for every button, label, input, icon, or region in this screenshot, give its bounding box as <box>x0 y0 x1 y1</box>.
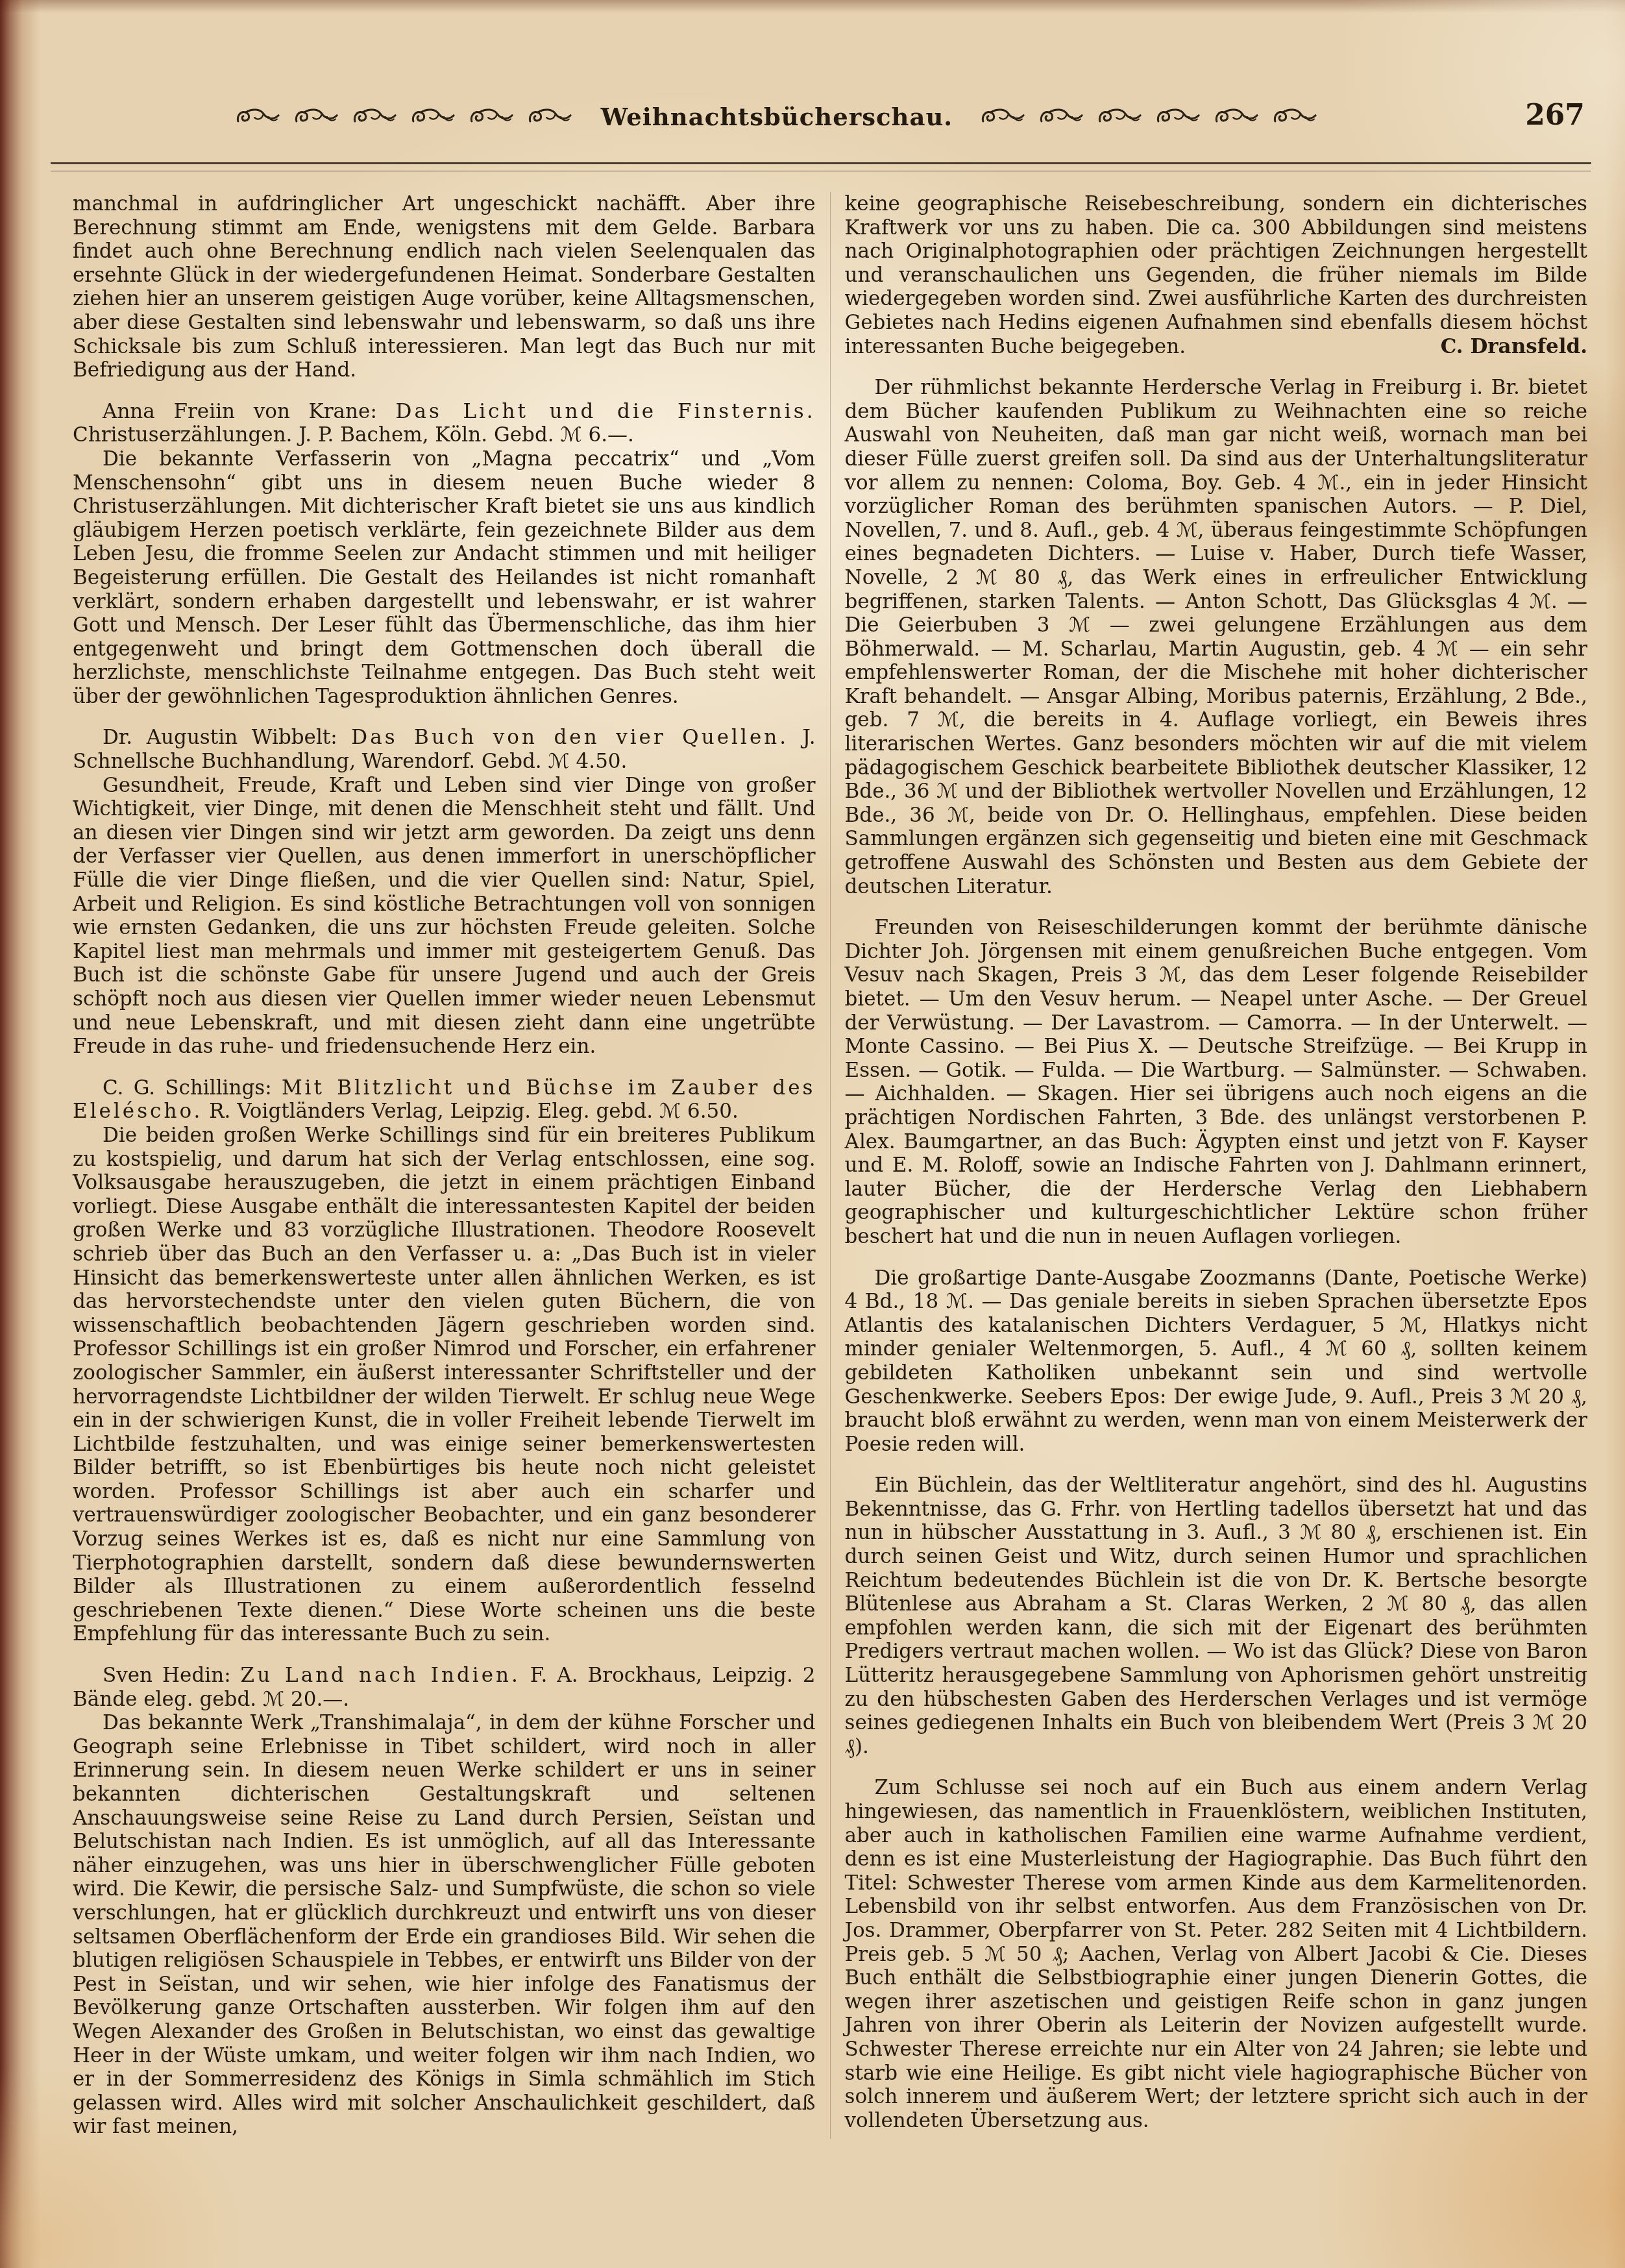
book-title: Zu Land nach Indien. <box>241 1664 520 1687</box>
floral-ornament-icon <box>350 107 400 127</box>
floral-ornament-icon <box>979 107 1028 127</box>
book-title: Das Buch von den vier Quellen. <box>351 726 788 749</box>
floral-ornament-icon <box>1154 107 1203 127</box>
floral-ornament-icon <box>1037 107 1086 127</box>
page-title: Weihnachtsbücherschau. <box>601 103 953 131</box>
column-divider <box>830 192 831 2139</box>
paragraph: Freunden von Reiseschilderungen kommt de… <box>845 916 1588 1248</box>
floral-ornament-icon <box>526 107 575 127</box>
book-entry-heading: Dr. Augustin Wibbelt: Das Buch von den v… <box>73 726 816 773</box>
paragraph: Die großartige Dante-Ausgabe Zoozmanns (… <box>845 1266 1588 1457</box>
book-entry-heading: Sven Hedin: Zu Land nach Indien. F. A. B… <box>73 1664 816 1711</box>
paragraph: Der rühmlichst bekannte Herdersche Verla… <box>845 376 1588 898</box>
paragraph: Ein Büchlein, das der Weltliteratur ange… <box>845 1473 1588 1758</box>
book-entry-heading: C. G. Schillings: Mit Blitzlicht und Büc… <box>73 1076 816 1124</box>
paragraph: Das bekannte Werk „Transhimalaja“, in de… <box>73 1711 816 2139</box>
book-entry-heading: Anna Freiin von Krane: Das Licht und die… <box>73 400 816 447</box>
book-author: Sven Hedin: <box>103 1664 241 1687</box>
paragraph: Zum Schlusse sei noch auf ein Buch aus e… <box>845 1776 1588 2132</box>
page-number: 267 <box>1525 99 1585 132</box>
paragraph: Die beiden großen Werke Schillings sind … <box>73 1124 816 1646</box>
floral-ornament-icon <box>234 107 283 127</box>
left-column: manchmal in aufdringlicher Art ungeschic… <box>73 192 816 2139</box>
floral-ornament-icon <box>1095 107 1145 127</box>
paragraph: Gesundheit, Freude, Kraft und Leben sind… <box>73 774 816 1059</box>
book-author: Dr. Augustin Wibbelt: <box>103 726 351 749</box>
floral-ornament-icon <box>1212 107 1262 127</box>
page-header: Weihnachtsbücherschau. <box>97 103 1456 131</box>
paragraph: manchmal in aufdringlicher Art ungeschic… <box>73 192 816 382</box>
book-publisher: Christuserzählungen. J. P. Bachem, Köln.… <box>73 423 634 447</box>
floral-ornament-icon <box>1271 107 1320 127</box>
header-rule <box>51 162 1591 171</box>
text-columns: manchmal in aufdringlicher Art ungeschic… <box>73 192 1587 2139</box>
floral-ornament-icon <box>409 107 458 127</box>
book-title: Das Licht und die Finsternis. <box>396 400 816 423</box>
journal-page: Weihnachtsbücherschau. 267 manchmal in a… <box>0 0 1625 2268</box>
book-author: Anna Freiin von Krane: <box>103 400 396 423</box>
book-author: C. G. Schillings: <box>103 1076 282 1100</box>
right-column: keine geographische Reisebeschreibung, s… <box>845 192 1588 2139</box>
paragraph: keine geographische Reisebeschreibung, s… <box>845 192 1588 358</box>
floral-ornament-icon <box>292 107 341 127</box>
reviewer-signature: C. Dransfeld. <box>1428 335 1587 359</box>
paragraph: Die bekannte Verfasserin von „Magna pecc… <box>73 447 816 709</box>
book-publisher: R. Voigtländers Verlag, Leipzig. Eleg. g… <box>202 1100 739 1123</box>
floral-ornament-icon <box>467 107 517 127</box>
paragraph-text: keine geographische Reisebeschreibung, s… <box>845 192 1588 358</box>
